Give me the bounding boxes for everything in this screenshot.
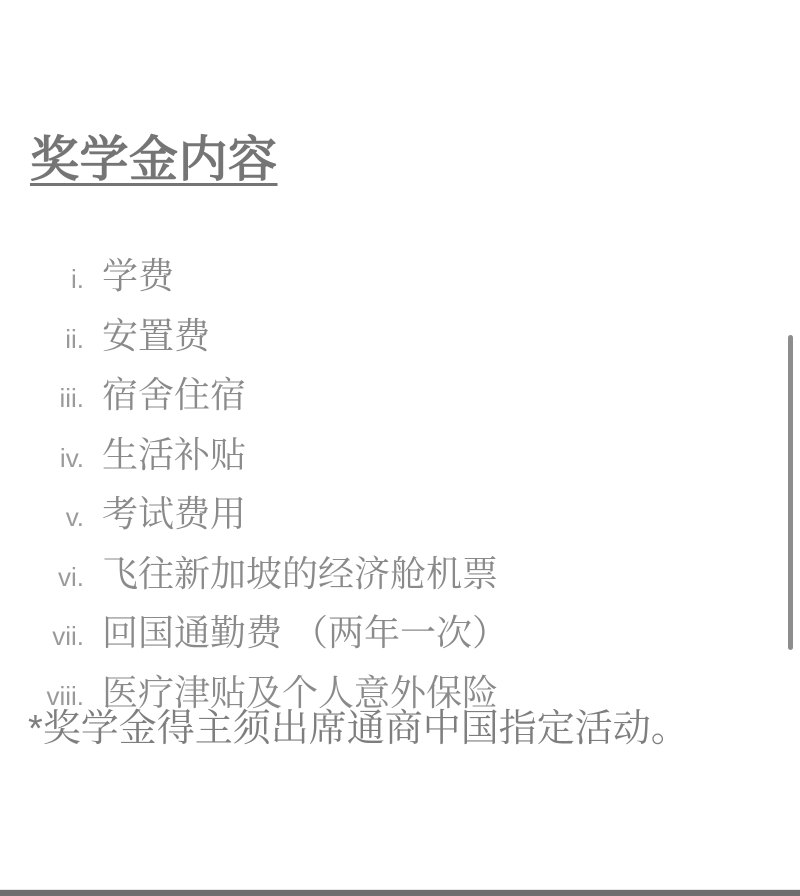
list-item-number: iv. <box>0 430 84 487</box>
list-item-label: 回国通勤费 （两年一次） <box>102 605 508 662</box>
list-item: iv. 生活补贴 <box>0 427 770 487</box>
list-item: v. 考试费用 <box>0 486 770 546</box>
list-item-label: 学费 <box>102 248 174 305</box>
list-item-label: 宿舍住宿 <box>102 367 246 424</box>
list-item: vi. 飞往新加坡的经济舱机票 <box>0 546 770 606</box>
list-item-label: 飞往新加坡的经济舱机票 <box>102 546 498 603</box>
list-item-label: 生活补贴 <box>102 427 246 484</box>
list-item-number: ii. <box>0 311 84 368</box>
list-item-number: v. <box>0 489 84 546</box>
footnote: *奖学金得主须出席通商中国指定活动。 <box>28 706 768 754</box>
scrollbar-thumb[interactable] <box>788 335 793 650</box>
list-item-number: vi. <box>0 549 84 606</box>
list-item-number: vii. <box>0 608 84 665</box>
page-title: 奖学金内容 <box>30 132 278 190</box>
list-item: i. 学费 <box>0 248 770 308</box>
page: 奖学金内容 i. 学费 ii. 安置费 iii. 宿舍住宿 iv. 生活补贴 v… <box>0 0 800 896</box>
list-item-label: 安置费 <box>102 308 210 365</box>
bottom-bar <box>0 889 800 896</box>
list-item-label: 考试费用 <box>102 486 246 543</box>
list-item-number: iii. <box>0 370 84 427</box>
scholarship-benefits-list: i. 学费 ii. 安置费 iii. 宿舍住宿 iv. 生活补贴 v. 考试费用… <box>0 248 770 724</box>
list-item: iii. 宿舍住宿 <box>0 367 770 427</box>
list-item: vii. 回国通勤费 （两年一次） <box>0 605 770 665</box>
list-item-number: i. <box>0 251 84 308</box>
list-item: ii. 安置费 <box>0 308 770 368</box>
